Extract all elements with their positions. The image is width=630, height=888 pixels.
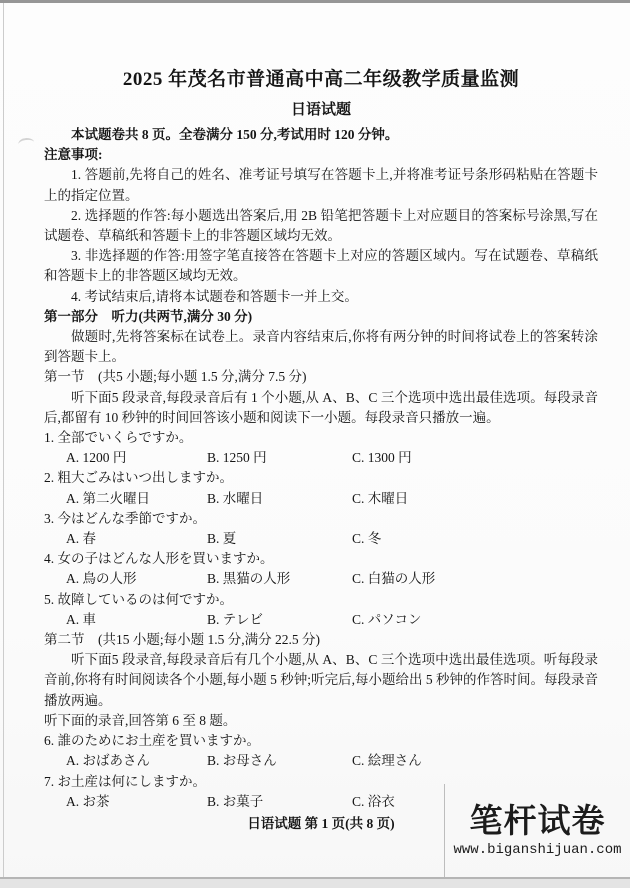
question-5-options: A. 車 B. テレビ C. パソコン xyxy=(44,610,598,630)
question-6-stem: 6. 誰のためにお土産を買いますか。 xyxy=(44,731,598,751)
section2-instructions: 听下面5 段录音,每段录音后有几个小题,从 A、B、C 三个选项中选出最佳选项。… xyxy=(44,650,598,711)
exam-subtitle: 日语试题 xyxy=(44,100,598,120)
scanned-exam-page: 2025 年茂名市普通高中高二年级教学质量监测 日语试题 本试题卷共 8 页。全… xyxy=(0,0,630,888)
pencil-mark-artifact xyxy=(18,137,35,145)
watermark-brand: 笔杆试卷 xyxy=(470,803,606,841)
question-4-stem: 4. 女の子はどんな人形を買いますか。 xyxy=(44,549,598,569)
option-b: B. 夏 xyxy=(207,529,352,549)
option-b: B. 黒猫の人形 xyxy=(207,569,352,589)
notice-item-3: 3. 非选择题的作答:用签字笔直接答在答题卡上对应的答题区域内。写在试题卷、草稿… xyxy=(44,246,598,286)
scan-top-edge xyxy=(0,0,630,3)
watermark-box: 笔杆试卷 www.biganshijuan.com xyxy=(444,784,630,877)
notice-item-2: 2. 选择题的作答:每小题选出答案后,用 2B 铅笔把答题卡上对应题目的答案标号… xyxy=(44,206,598,246)
option-c: C. 1300 円 xyxy=(352,448,598,468)
exam-meta-line: 本试题卷共 8 页。全卷满分 150 分,考试用时 120 分钟。 xyxy=(44,125,598,145)
option-a: A. 鳥の人形 xyxy=(66,569,207,589)
question-3-options: A. 春 B. 夏 C. 冬 xyxy=(44,529,598,549)
option-a: A. 車 xyxy=(66,610,207,630)
watermark-url: www.biganshijuan.com xyxy=(453,841,621,859)
question-1-stem: 1. 全部でいくらですか。 xyxy=(44,428,598,448)
section1-heading: 第一节 (共5 小题;每小题 1.5 分,满分 7.5 分) xyxy=(44,367,598,387)
option-a: A. 1200 円 xyxy=(66,448,207,468)
notice-heading: 注意事项: xyxy=(44,145,598,165)
option-c: C. 冬 xyxy=(352,529,598,549)
question-4-options: A. 鳥の人形 B. 黒猫の人形 C. 白猫の人形 xyxy=(44,569,598,589)
section2-heading: 第二节 (共15 小题;每小题 1.5 分,满分 22.5 分) xyxy=(44,630,598,650)
question-1-options: A. 1200 円 B. 1250 円 C. 1300 円 xyxy=(44,448,598,468)
option-c: C. 木曜日 xyxy=(352,489,598,509)
part1-heading: 第一部分 听力(共两节,满分 30 分) xyxy=(44,307,598,327)
option-b: B. テレビ xyxy=(207,610,352,630)
option-a: A. 春 xyxy=(66,529,207,549)
option-a: A. 第二火曜日 xyxy=(66,489,207,509)
option-c: C. 白猫の人形 xyxy=(352,569,598,589)
exam-title: 2025 年茂名市普通高中高二年级教学质量监测 xyxy=(44,66,598,93)
section1-instructions: 听下面5 段录音,每段录音后有 1 个小题,从 A、B、C 三个选项中选出最佳选… xyxy=(44,388,598,428)
question-2-options: A. 第二火曜日 B. 水曜日 C. 木曜日 xyxy=(44,489,598,509)
question-5-stem: 5. 故障しているのは何ですか。 xyxy=(44,590,598,610)
scan-left-edge xyxy=(3,3,4,877)
option-b: B. お菓子 xyxy=(207,792,352,812)
scan-background-strip xyxy=(0,879,630,888)
option-c: C. パソコン xyxy=(352,610,598,630)
option-a: A. お茶 xyxy=(66,792,207,812)
notice-item-4: 4. 考试结束后,请将本试题卷和答题卡一并上交。 xyxy=(44,287,598,307)
option-c: C. 絵理さん xyxy=(352,751,598,771)
option-b: B. 水曜日 xyxy=(207,489,352,509)
part1-intro: 做题时,先将答案标在试卷上。录音内容结束后,你将有两分钟的时间将试卷上的答案转涂… xyxy=(44,327,598,367)
page-content: 2025 年茂名市普通高中高二年级教学质量监测 日语试题 本试题卷共 8 页。全… xyxy=(44,66,598,834)
notice-item-1: 1. 答题前,先将自己的姓名、准考证号填写在答题卡上,并将准考证号条形码粘贴在答… xyxy=(44,165,598,205)
question-6-options: A. おばあさん B. お母さん C. 絵理さん xyxy=(44,751,598,771)
section2-group-note: 听下面的录音,回答第 6 至 8 题。 xyxy=(44,711,598,731)
option-b: B. お母さん xyxy=(207,751,352,771)
question-3-stem: 3. 今はどんな季節ですか。 xyxy=(44,509,598,529)
option-a: A. おばあさん xyxy=(66,751,207,771)
option-b: B. 1250 円 xyxy=(207,448,352,468)
question-2-stem: 2. 粗大ごみはいつ出しますか。 xyxy=(44,468,598,488)
